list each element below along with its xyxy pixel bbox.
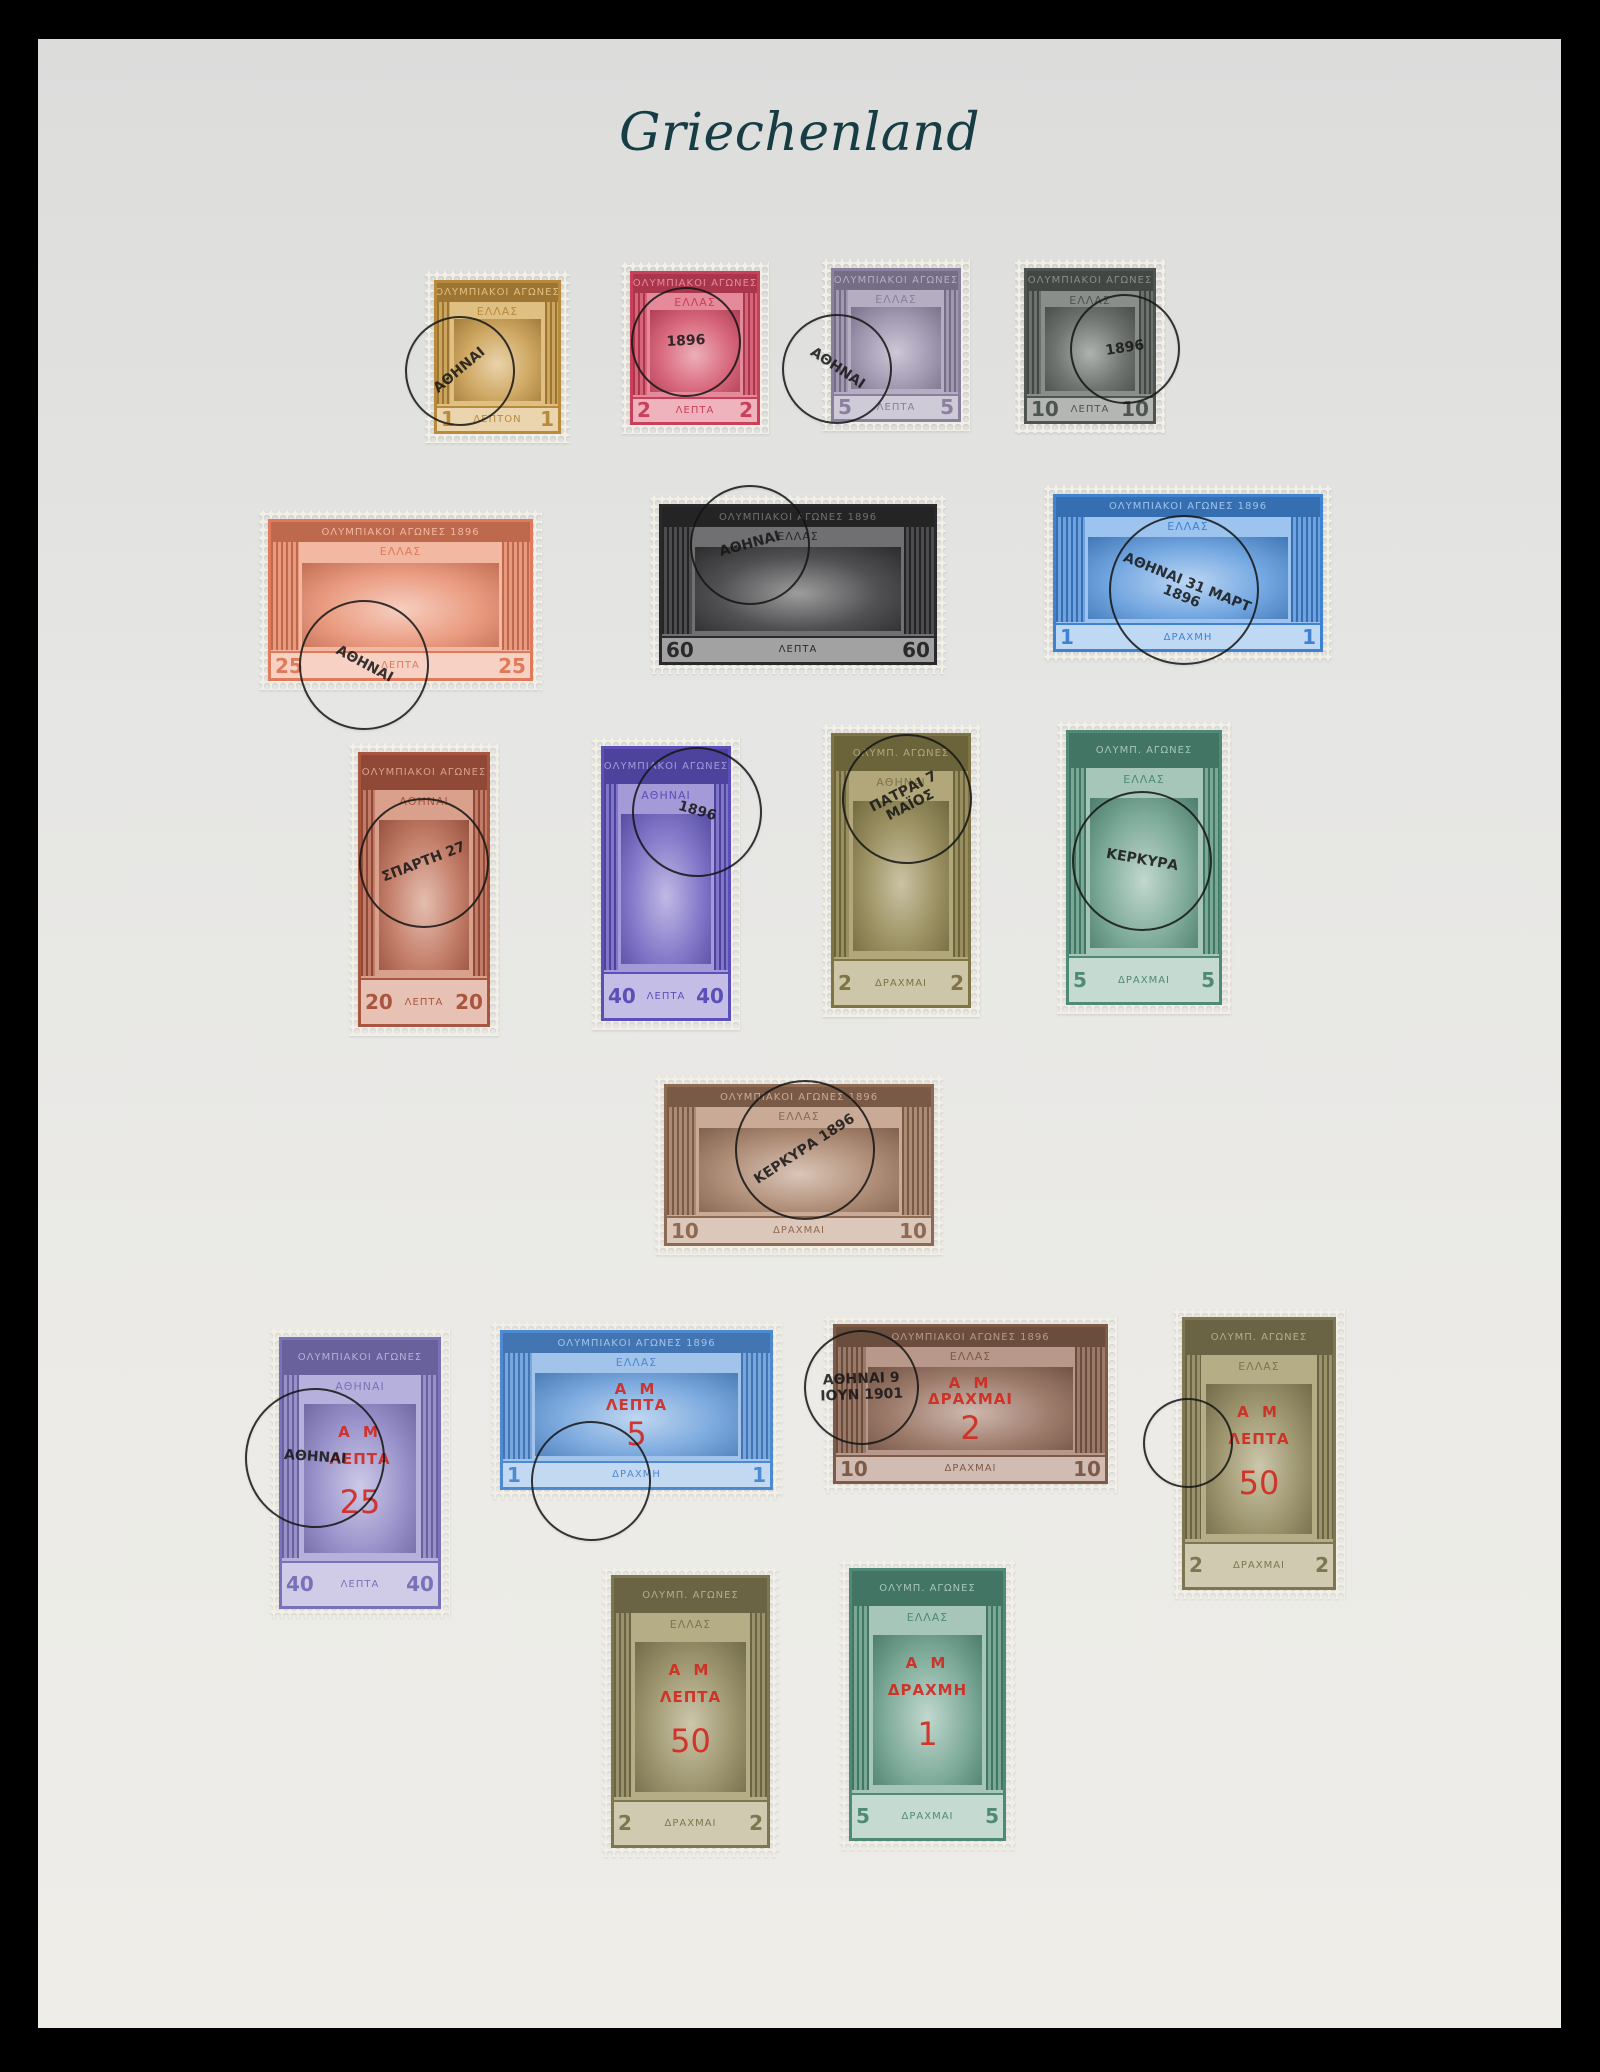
stamp-country: ΕΛΛΑΣ	[1069, 773, 1219, 786]
stamp-country: ΕΛΛΑΣ	[1185, 1360, 1333, 1373]
value-tablet: 2 ΛΕΠΤΑ 2	[633, 397, 757, 422]
stamp-2-δραχμαι: ΟΛΥΜΠ. ΑΓΩΝΕΣ ΕΛΛΑΣ 2 ΔΡΑΧΜΑΙ 2 Α Μ ΛΕΠΤ…	[1173, 1308, 1345, 1599]
stamp-value-right: 2	[749, 1811, 763, 1835]
value-tablet: 40 ΛΕΠΤΑ 40	[282, 1561, 438, 1606]
wrestlers-vignette-icon	[650, 310, 739, 393]
stamp-design: ΟΛΥΜΠ. ΑΓΩΝΕΣ ΕΛΛΑΣ 2 ΔΡΑΧΜΑΙ 2 Α Μ ΛΕΠΤ…	[611, 1575, 770, 1848]
stamp-country: ΕΛΛΑΣ	[834, 293, 958, 306]
stamp-currency: ΛΕΠΤΑ	[779, 644, 818, 655]
stamp-country: ΕΛΛΑΣ	[437, 305, 558, 318]
overprint-line2: ΛΕΠΤΑ	[614, 1690, 767, 1705]
stamp-currency: ΛΕΠΤΑ	[877, 402, 916, 413]
stamp-value-left: 5	[856, 1804, 870, 1828]
stamp-value-right: 10	[899, 1219, 927, 1243]
stamp-country: ΕΛΛΑΣ	[852, 1611, 1003, 1624]
acropolis-vignette-icon	[699, 1128, 900, 1212]
stamp-inscription: ΟΛΥΜΠΙΑΚΟΙ ΑΓΩΝΕΣ	[633, 274, 757, 293]
stamp-country: ΕΛΛΑΣ	[633, 296, 757, 309]
stamp-currency: ΛΕΠΤΑ	[676, 405, 715, 416]
stamp-inscription: ΟΛΥΜΠΙΑΚΟΙ ΑΓΩΝΕΣ	[834, 271, 958, 290]
stamp-value-left: 2	[637, 398, 651, 422]
stamp-design: ΟΛΥΜΠ. ΑΓΩΝΕΣ ΕΛΛΑΣ 2 ΔΡΑΧΜΑΙ 2 Α Μ ΛΕΠΤ…	[1182, 1317, 1336, 1590]
stamp-inscription: ΟΛΥΜΠ. ΑΓΩΝΕΣ	[1069, 733, 1219, 768]
stamp-10-δραχμαι: ΟΛΥΜΠΙΑΚΟΙ ΑΓΩΝΕΣ 1896 ΕΛΛΑΣ 10 ΔΡΑΧΜΑΙ …	[824, 1315, 1117, 1493]
stamp-value-left: 25	[275, 654, 303, 678]
overprint-value: 50	[614, 1725, 767, 1757]
stamp-design: ΟΛΥΜΠΙΑΚΟΙ ΑΓΩΝΕΣ ΕΛΛΑΣ 10 ΛΕΠΤΑ 10	[1024, 268, 1156, 424]
value-tablet: 5 ΛΕΠΤΑ 5	[834, 394, 958, 419]
quadriga-vignette-icon	[695, 547, 902, 631]
stamp-currency: ΔΡΑΧΜΗ	[1164, 632, 1213, 643]
stamp-design: ΟΛΥΜΠΙΑΚΟΙ ΑΓΩΝΕΣ 1896 ΕΛΛΑΣ 25 ΛΕΠΤΑ 25	[268, 519, 533, 681]
stamp-country: ΑΘΗΝΑΙ	[604, 789, 728, 802]
column-left-icon	[667, 1107, 696, 1215]
stamp-value-left: 2	[618, 1811, 632, 1835]
overprint-line1: Α Μ	[1185, 1405, 1333, 1420]
stamp-currency: ΔΡΑΧΜΗ	[612, 1469, 661, 1480]
stamp-value-right: 40	[406, 1572, 434, 1596]
stamp-2-λεπτα: ΟΛΥΜΠΙΑΚΟΙ ΑΓΩΝΕΣ ΕΛΛΑΣ 2 ΛΕΠΤΑ 2 1896	[621, 262, 769, 434]
stamp-value-left: 2	[838, 971, 852, 995]
stamp-value-right: 1	[752, 1463, 766, 1487]
stamp-inscription: ΟΛΥΜΠ. ΑΓΩΝΕΣ	[614, 1578, 767, 1613]
value-tablet: 1 ΛΕΠΤΟΝ 1	[437, 406, 558, 431]
stamp-value-left: 2	[1189, 1553, 1203, 1577]
stamp-design: ΟΛΥΜΠΙΑΚΟΙ ΑΓΩΝΕΣ ΑΘΗΝΑΙ 20 ΛΕΠΤΑ 20	[358, 752, 490, 1027]
stamp-40-λεπτα: ΟΛΥΜΠΙΑΚΟΙ ΑΓΩΝΕΣ ΑΘΗΝΑΙ 40 ΛΕΠΤΑ 40 189…	[592, 737, 740, 1030]
stamp-value-left: 1	[1060, 625, 1074, 649]
overprint-value: 1	[852, 1718, 1003, 1750]
column-left-icon	[834, 771, 849, 957]
stamp-1-δραχμη: ΟΛΥΜΠΙΑΚΟΙ ΑΓΩΝΕΣ 1896 ΕΛΛΑΣ 1 ΔΡΑΧΜΗ 1 …	[491, 1321, 782, 1499]
stamp-design: ΟΛΥΜΠ. ΑΓΩΝΕΣ ΕΛΛΑΣ 5 ΔΡΑΧΜΑΙ 5 Α Μ ΔΡΑΧ…	[849, 1568, 1006, 1841]
stamp-value-right: 25	[498, 654, 526, 678]
column-right-icon	[1203, 768, 1220, 954]
column-right-icon	[902, 1107, 931, 1215]
stamp-currency: ΔΡΑΧΜΑΙ	[773, 1225, 825, 1236]
stamp-value-left: 40	[286, 1572, 314, 1596]
stamp-1-δραχμη: ΟΛΥΜΠΙΑΚΟΙ ΑΓΩΝΕΣ 1896 ΕΛΛΑΣ 1 ΔΡΑΧΜΗ 1 …	[1044, 485, 1332, 661]
stamp-country: ΑΘΗΝΑΙ	[834, 776, 968, 789]
value-tablet: 40 ΛΕΠΤΑ 40	[604, 972, 728, 1018]
stamp-design: ΟΛΥΜΠΙΑΚΟΙ ΑΓΩΝΕΣ 1896 ΕΛΛΑΣ 1 ΔΡΑΧΜΗ 1 …	[500, 1330, 773, 1490]
stamp-inscription: ΟΛΥΜΠΙΑΚΟΙ ΑΓΩΝΕΣ 1896	[503, 1333, 770, 1353]
stamp-10-δραχμαι: ΟΛΥΜΠΙΑΚΟΙ ΑΓΩΝΕΣ 1896 ΕΛΛΑΣ 10 ΔΡΑΧΜΑΙ …	[655, 1075, 943, 1255]
stamp-design: ΟΛΥΜΠΙΑΚΟΙ ΑΓΩΝΕΣ ΕΛΛΑΣ 2 ΛΕΠΤΑ 2	[630, 271, 760, 425]
discobolus-vignette-icon	[1045, 307, 1136, 391]
overprint-line1: Α Μ	[614, 1663, 767, 1678]
stamp-country: ΕΛΛΑΣ	[836, 1350, 1105, 1363]
stamp-currency: ΔΡΑΧΜΑΙ	[1118, 975, 1170, 986]
overprint-line1: Α Μ	[852, 1656, 1003, 1671]
stamp-value-right: 5	[1201, 968, 1215, 992]
stamp-value-right: 2	[950, 971, 964, 995]
stamp-currency: ΔΡΑΧΜΑΙ	[902, 1811, 954, 1822]
stamp-currency: ΔΡΑΧΜΑΙ	[945, 1463, 997, 1474]
stamp-currency: ΛΕΠΤΑ	[381, 660, 420, 671]
stamp-country: ΑΘΗΝΑΙ	[361, 795, 487, 808]
column-right-icon	[953, 771, 968, 957]
stamp-design: ΟΛΥΜΠΙΑΚΟΙ ΑΓΩΝΕΣ ΑΘΗΝΑΙ 40 ΛΕΠΤΑ 40	[601, 746, 731, 1021]
stamp-40-λεπτα: ΟΛΥΜΠΙΑΚΟΙ ΑΓΩΝΕΣ ΑΘΗΝΑΙ 40 ΛΕΠΤΑ 40 Α Μ…	[270, 1328, 450, 1618]
stamp-5-δραχμαι: ΟΛΥΜΠ. ΑΓΩΝΕΣ ΕΛΛΑΣ 5 ΔΡΑΧΜΑΙ 5 ΚΕΡΚΥΡΑ	[1057, 721, 1231, 1014]
victory-vignette-icon	[1090, 798, 1198, 949]
stamp-design: ΟΛΥΜΠ. ΑΓΩΝΕΣ ΕΛΛΑΣ 5 ΔΡΑΧΜΑΙ 5	[1066, 730, 1222, 1005]
overprint-value: 25	[282, 1486, 438, 1518]
stamp-value-left: 60	[666, 638, 694, 662]
amphora-vignette-icon	[621, 814, 710, 965]
stamp-inscription: ΟΛΥΜΠΙΑΚΟΙ ΑΓΩΝΕΣ	[437, 283, 558, 302]
value-tablet: 10 ΔΡΑΧΜΑΙ 10	[836, 1455, 1105, 1481]
wrestlers-vignette-icon	[454, 319, 541, 402]
column-right-icon	[714, 784, 728, 970]
overprint-line1: Α Μ	[282, 1425, 438, 1440]
value-tablet: 5 ΔΡΑΧΜΑΙ 5	[852, 1793, 1003, 1838]
column-left-icon	[604, 784, 618, 970]
stamp-design: ΟΛΥΜΠΙΑΚΟΙ ΑΓΩΝΕΣ 1896 ΕΛΛΑΣ 10 ΔΡΑΧΜΑΙ …	[664, 1084, 934, 1246]
stamp-value-left: 10	[671, 1219, 699, 1243]
stamp-1-λεπτον: ΟΛΥΜΠΙΑΚΟΙ ΑΓΩΝΕΣ ΕΛΛΑΣ 1 ΛΕΠΤΟΝ 1 ΑΘΗΝΑ…	[425, 271, 570, 443]
value-tablet: 5 ΔΡΑΧΜΑΙ 5	[1069, 956, 1219, 1002]
stamp-value-left: 5	[838, 395, 852, 419]
overprint-line2: ΔΡΑΧΜΗ	[852, 1683, 1003, 1698]
stamp-design: ΟΛΥΜΠΙΑΚΟΙ ΑΓΩΝΕΣ ΕΛΛΑΣ 5 ΛΕΠΤΑ 5	[831, 268, 961, 422]
amphora-vignette-icon	[379, 820, 470, 971]
stamp-inscription: ΟΛΥΜΠΙΑΚΟΙ ΑΓΩΝΕΣ 1896	[662, 507, 934, 527]
stamp-value-left: 1	[441, 407, 455, 431]
value-tablet: 2 ΔΡΑΧΜΑΙ 2	[1185, 1542, 1333, 1587]
stamp-value-left: 40	[608, 984, 636, 1008]
stamp-value-left: 5	[1073, 968, 1087, 992]
stamp-5-δραχμαι: ΟΛΥΜΠ. ΑΓΩΝΕΣ ΕΛΛΑΣ 5 ΔΡΑΧΜΑΙ 5 Α Μ ΔΡΑΧ…	[840, 1559, 1015, 1850]
stamp-currency: ΔΡΑΧΜΑΙ	[1233, 1560, 1285, 1571]
stamp-country: ΕΛΛΑΣ	[662, 530, 934, 543]
stamp-inscription: ΟΛΥΜΠΙΑΚΟΙ ΑΓΩΝΕΣ	[361, 755, 487, 790]
stamp-design: ΟΛΥΜΠΙΑΚΟΙ ΑΓΩΝΕΣ ΑΘΗΝΑΙ 40 ΛΕΠΤΑ 40 Α Μ…	[279, 1337, 441, 1609]
value-tablet: 2 ΔΡΑΧΜΑΙ 2	[834, 959, 968, 1005]
stamp-inscription: ΟΛΥΜΠΙΑΚΟΙ ΑΓΩΝΕΣ 1896	[271, 522, 530, 542]
stamp-value-left: 10	[1031, 397, 1059, 421]
overprint-line2: ΛΕΠΤΑ	[1185, 1432, 1333, 1447]
stamp-currency: ΛΕΠΤΑ	[1071, 404, 1110, 415]
stamp-design: ΟΛΥΜΠ. ΑΓΩΝΕΣ ΑΘΗΝΑΙ 2 ΔΡΑΧΜΑΙ 2	[831, 733, 971, 1008]
stamp-inscription: ΟΛΥΜΠΙΑΚΟΙ ΑΓΩΝΕΣ	[604, 749, 728, 784]
stamp-2-δραχμαι: ΟΛΥΜΠ. ΑΓΩΝΕΣ ΑΘΗΝΑΙ 2 ΔΡΑΧΜΑΙ 2 ΠΑΤΡΑΙ …	[822, 724, 980, 1017]
stamp-currency: ΛΕΠΤΟΝ	[473, 414, 521, 425]
stamp-value-right: 60	[902, 638, 930, 662]
stamp-value-right: 5	[985, 1804, 999, 1828]
stamp-value-right: 20	[455, 990, 483, 1014]
stamp-value-right: 1	[1302, 625, 1316, 649]
value-tablet: 60 ΛΕΠΤΑ 60	[662, 636, 934, 662]
column-right-icon	[473, 790, 487, 976]
stamp-2-δραχμαι: ΟΛΥΜΠ. ΑΓΩΝΕΣ ΕΛΛΑΣ 2 ΔΡΑΧΜΑΙ 2 Α Μ ΛΕΠΤ…	[602, 1566, 779, 1857]
stamp-currency: ΛΕΠΤΑ	[405, 997, 444, 1008]
stamp-value-right: 2	[739, 398, 753, 422]
stamp-country: ΕΛΛΑΣ	[271, 545, 530, 558]
value-tablet: 20 ΛΕΠΤΑ 20	[361, 978, 487, 1024]
stamp-value-left: 20	[365, 990, 393, 1014]
value-tablet: 10 ΛΕΠΤΑ 10	[1027, 396, 1153, 422]
stamp-country: ΑΘΗΝΑΙ	[282, 1380, 438, 1393]
album-page: Griechenland ΟΛΥΜΠΙΑΚΟΙ ΑΓΩΝΕΣ ΕΛΛΑΣ 1 Λ…	[38, 39, 1561, 2028]
value-tablet: 25 ΛΕΠΤΑ 25	[271, 651, 530, 678]
stamp-value-right: 10	[1121, 397, 1149, 421]
column-left-icon	[1069, 768, 1086, 954]
stamp-value-right: 1	[540, 407, 554, 431]
discobolus-vignette-icon	[851, 307, 940, 390]
stamp-currency: ΔΡΑΧΜΑΙ	[665, 1818, 717, 1829]
overprint-value: 5	[503, 1418, 770, 1450]
hermes-vignette-icon	[853, 801, 950, 952]
overprint-line2: ΛΕΠΤΑ	[503, 1398, 770, 1413]
stamp-country: ΕΛΛΑΣ	[667, 1110, 931, 1123]
stamp-country: ΕΛΛΑΣ	[614, 1618, 767, 1631]
overprint-value: 50	[1185, 1467, 1333, 1499]
stamp-currency: ΛΕΠΤΑ	[647, 991, 686, 1002]
stamp-currency: ΛΕΠΤΑ	[341, 1579, 380, 1590]
stamp-design: ΟΛΥΜΠΙΑΚΟΙ ΑΓΩΝΕΣ 1896 ΕΛΛΑΣ 1 ΔΡΑΧΜΗ 1	[1053, 494, 1323, 652]
stadium-vignette-icon	[1088, 537, 1289, 619]
value-tablet: 1 ΔΡΑΧΜΗ 1	[503, 1461, 770, 1487]
stamp-inscription: ΟΛΥΜΠΙΑΚΟΙ ΑΓΩΝΕΣ	[1027, 271, 1153, 291]
stamp-currency: ΔΡΑΧΜΑΙ	[875, 978, 927, 989]
stamp-value-right: 10	[1073, 1457, 1101, 1481]
stamp-value-right: 2	[1315, 1553, 1329, 1577]
overprint-value: 2	[836, 1412, 1105, 1444]
stamp-inscription: ΟΛΥΜΠΙΑΚΟΙ ΑΓΩΝΕΣ 1896	[1056, 497, 1320, 517]
stamp-5-λεπτα: ΟΛΥΜΠΙΑΚΟΙ ΑΓΩΝΕΣ ΕΛΛΑΣ 5 ΛΕΠΤΑ 5 ΑΘΗΝΑΙ	[822, 259, 970, 431]
stamp-value-left: 10	[840, 1457, 868, 1481]
stamp-design: ΟΛΥΜΠΙΑΚΟΙ ΑΓΩΝΕΣ ΕΛΛΑΣ 1 ΛΕΠΤΟΝ 1	[434, 280, 561, 434]
quadriga-vignette-icon	[302, 563, 499, 647]
stamp-inscription: ΟΛΥΜΠΙΑΚΟΙ ΑΓΩΝΕΣ	[282, 1340, 438, 1375]
stamp-country: ΕΛΛΑΣ	[1056, 520, 1320, 533]
stamp-inscription: ΟΛΥΜΠ. ΑΓΩΝΕΣ	[852, 1571, 1003, 1606]
stamp-design: ΟΛΥΜΠΙΑΚΟΙ ΑΓΩΝΕΣ 1896 ΕΛΛΑΣ 60 ΛΕΠΤΑ 60	[659, 504, 937, 665]
stamp-inscription: ΟΛΥΜΠΙΑΚΟΙ ΑΓΩΝΕΣ 1896	[667, 1087, 931, 1107]
stamp-inscription: ΟΛΥΜΠ. ΑΓΩΝΕΣ	[834, 736, 968, 771]
column-left-icon	[361, 790, 375, 976]
stamp-value-right: 40	[696, 984, 724, 1008]
value-tablet: 1 ΔΡΑΧΜΗ 1	[1056, 623, 1320, 649]
overprint-line2: ΛΕΠΤΑ	[282, 1452, 438, 1467]
value-tablet: 2 ΔΡΑΧΜΑΙ 2	[614, 1800, 767, 1845]
value-tablet: 10 ΔΡΑΧΜΑΙ 10	[667, 1216, 931, 1243]
stamp-25-λεπτα: ΟΛΥΜΠΙΑΚΟΙ ΑΓΩΝΕΣ 1896 ΕΛΛΑΣ 25 ΛΕΠΤΑ 25…	[259, 510, 542, 690]
stamp-value-left: 1	[507, 1463, 521, 1487]
column-left-icon	[271, 542, 299, 650]
stamp-inscription: ΟΛΥΜΠΙΑΚΟΙ ΑΓΩΝΕΣ 1896	[836, 1327, 1105, 1347]
stamp-10-λεπτα: ΟΛΥΜΠΙΑΚΟΙ ΑΓΩΝΕΣ ΕΛΛΑΣ 10 ΛΕΠΤΑ 10 1896	[1015, 259, 1165, 433]
stamp-20-λεπτα: ΟΛΥΜΠΙΑΚΟΙ ΑΓΩΝΕΣ ΑΘΗΝΑΙ 20 ΛΕΠΤΑ 20 ΣΠΑ…	[349, 743, 499, 1036]
column-right-icon	[502, 542, 530, 650]
stamp-60-λεπτα: ΟΛΥΜΠΙΑΚΟΙ ΑΓΩΝΕΣ 1896 ΕΛΛΑΣ 60 ΛΕΠΤΑ 60…	[650, 495, 946, 674]
page-title: Griechenland	[38, 103, 1561, 163]
stamp-value-right: 5	[940, 395, 954, 419]
stamp-country: ΕΛΛΑΣ	[1027, 294, 1153, 307]
stamp-design: ΟΛΥΜΠΙΑΚΟΙ ΑΓΩΝΕΣ 1896 ΕΛΛΑΣ 10 ΔΡΑΧΜΑΙ …	[833, 1324, 1108, 1484]
overprint-line2: ΔΡΑΧΜΑΙ	[836, 1392, 1105, 1407]
stamp-inscription: ΟΛΥΜΠ. ΑΓΩΝΕΣ	[1185, 1320, 1333, 1355]
stamp-country: ΕΛΛΑΣ	[503, 1356, 770, 1369]
